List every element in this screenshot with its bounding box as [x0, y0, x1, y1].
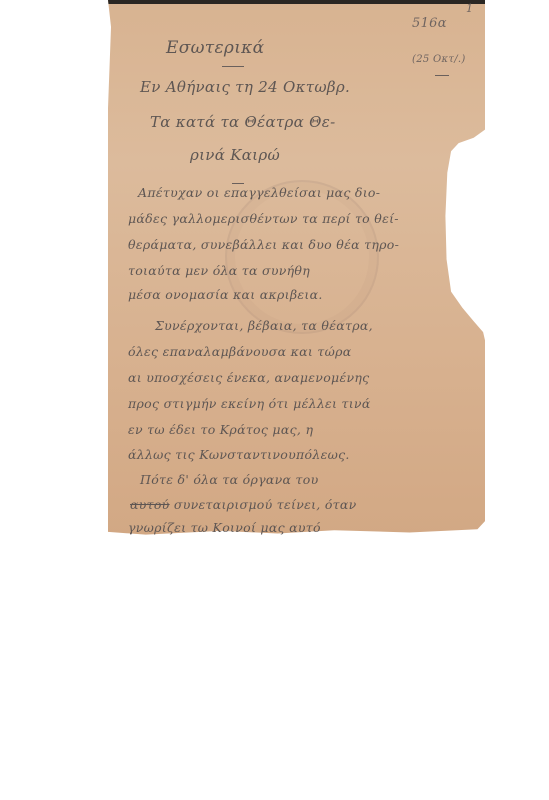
archive-number: 516α — [412, 16, 447, 31]
text-line: Συνέρχονται, βέβαια, τα θέατρα, — [155, 318, 373, 333]
text-line: αι υποσχέσεις ένεκα, αναμενομένης — [128, 370, 369, 385]
text-line: Απέτυχαν οι επαγγελθείσαι μας διο- — [138, 185, 380, 200]
text-line: εν τω έδει το Κράτος μας, η — [128, 422, 313, 437]
page-number: 1 — [466, 2, 473, 15]
margin-note: (25 Οκτ/.) — [412, 54, 466, 65]
text-line: θεράματα, συνεβάλλει και δυο θέα τηρο- — [128, 237, 399, 252]
archive-stamp — [225, 180, 379, 334]
text-line: άλλως τις Κωνσταντινουπόλεως. — [128, 447, 350, 462]
dateline: Εν Αθήναις τη 24 Οκτωβρ. — [140, 78, 350, 96]
text-line: αυτού συνεταιρισμού τείνει, όταν — [130, 497, 357, 512]
heading-underline — [222, 66, 244, 67]
text-line: προς στιγμήν εκείνη ότι μέλλει τινά — [128, 396, 371, 411]
text-line: ρινά Καιρώ — [190, 146, 280, 164]
struck-word: αυτού — [130, 497, 170, 512]
divider — [232, 183, 244, 184]
text-line-rest: συνεταιρισμού τείνει, όταν — [174, 497, 357, 512]
text-line: Τα κατά τα Θέατρα Θε- — [150, 113, 335, 131]
margin-note-underline — [435, 75, 449, 76]
text-line: μέσα ονομασία και ακριβεια. — [128, 287, 323, 302]
text-line: όλες επαναλαμβάνουσα και τώρα — [128, 344, 351, 359]
text-line: τοιαύτα μεν όλα τα συνήθη — [128, 263, 310, 278]
text-line: μάδες γαλλομερισθέντων τα περί το θεί- — [128, 211, 399, 226]
heading: Εσωτερικά — [166, 38, 264, 58]
text-line: γνωρίζει τω Κοινοί μας αυτό — [128, 520, 321, 535]
text-line: Πότε δ' όλα τα όργανα του — [140, 472, 319, 487]
